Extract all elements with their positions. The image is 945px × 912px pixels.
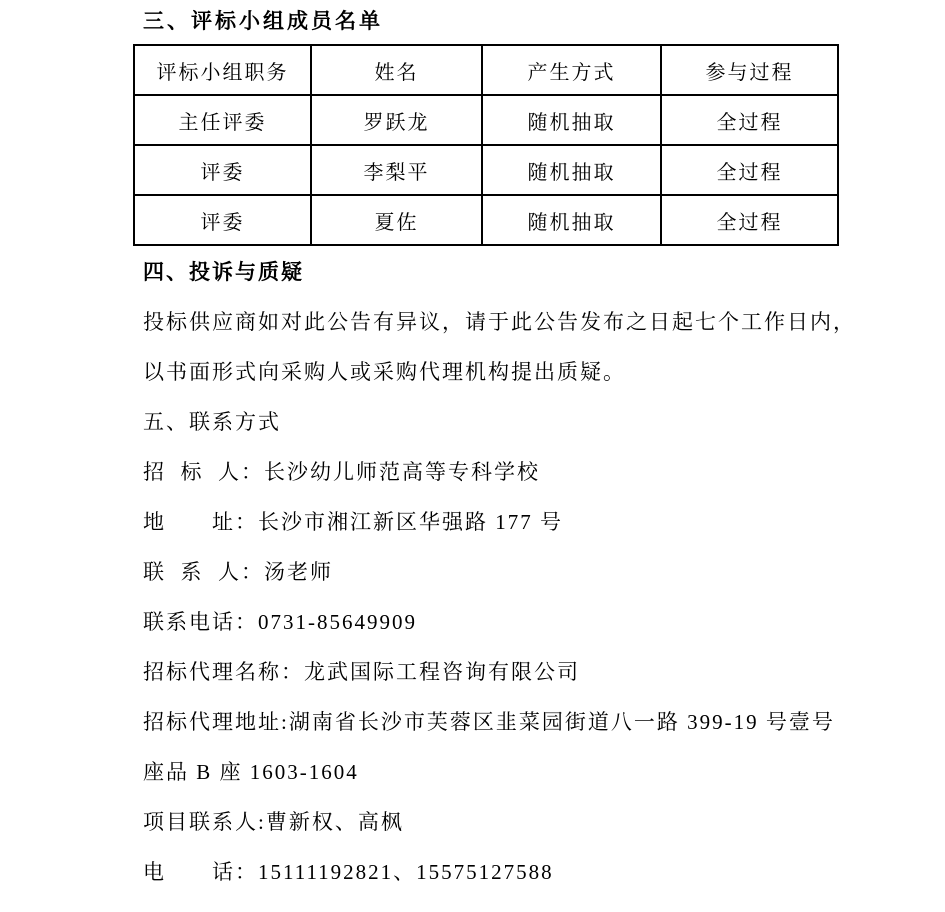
cell-participation: 全过程	[661, 95, 838, 145]
cell-selection-method: 随机抽取	[482, 195, 661, 245]
contact-line-contact-person: 联 系 人：汤老师	[143, 547, 903, 597]
cell-participation: 全过程	[661, 145, 838, 195]
contact-line-agency-address: 招标代理地址:湖南省长沙市芙蓉区韭菜园街道八一路 399-19 号壹号	[143, 697, 903, 747]
table-row: 评委 李梨平 随机抽取 全过程	[134, 145, 838, 195]
table-header-row: 评标小组职务 姓名 产生方式 参与过程	[134, 45, 838, 95]
section-4-heading: 四、投诉与质疑	[143, 247, 903, 297]
document-page: 三、评标小组成员名单 评标小组职务 姓名 产生方式 参与过程 主任评委 罗跃龙 …	[0, 0, 945, 912]
table-header-selection-method: 产生方式	[482, 45, 661, 95]
contact-line-tenderer: 招 标 人：长沙幼儿师范高等专科学校	[143, 447, 903, 497]
table-header-position: 评标小组职务	[134, 45, 311, 95]
contact-line-project-phone: 电 话：15111192821、15575127588	[143, 847, 903, 897]
section-3-heading: 三、评标小组成员名单	[143, 5, 383, 35]
table-header-name: 姓名	[311, 45, 482, 95]
contact-line-agency-name: 招标代理名称：龙武国际工程咨询有限公司	[143, 647, 903, 697]
complaint-paragraph-line: 投标供应商如对此公告有异议，请于此公告发布之日起七个工作日内，	[143, 297, 903, 347]
table-row: 评委 夏佐 随机抽取 全过程	[134, 195, 838, 245]
table-row: 主任评委 罗跃龙 随机抽取 全过程	[134, 95, 838, 145]
complaint-paragraph-line: 以书面形式向采购人或采购代理机构提出质疑。	[143, 347, 903, 397]
contact-line-phone: 联系电话：0731-85649909	[143, 597, 903, 647]
evaluation-team-table: 评标小组职务 姓名 产生方式 参与过程 主任评委 罗跃龙 随机抽取 全过程 评委…	[133, 44, 839, 246]
contact-line-address: 地 址：长沙市湘江新区华强路 177 号	[143, 497, 903, 547]
cell-name: 李梨平	[311, 145, 482, 195]
table-header-participation: 参与过程	[661, 45, 838, 95]
cell-position: 评委	[134, 145, 311, 195]
contact-line-project-contacts: 项目联系人:曹新权、高枫	[143, 797, 903, 847]
contact-line-agency-address-2: 座品 B 座 1603-1604	[143, 747, 903, 797]
cell-name: 罗跃龙	[311, 95, 482, 145]
cell-selection-method: 随机抽取	[482, 95, 661, 145]
cell-name: 夏佐	[311, 195, 482, 245]
document-text-block: 四、投诉与质疑 投标供应商如对此公告有异议，请于此公告发布之日起七个工作日内， …	[143, 247, 903, 897]
cell-position: 主任评委	[134, 95, 311, 145]
cell-participation: 全过程	[661, 195, 838, 245]
section-5-heading: 五、联系方式	[143, 397, 903, 447]
cell-selection-method: 随机抽取	[482, 145, 661, 195]
cell-position: 评委	[134, 195, 311, 245]
